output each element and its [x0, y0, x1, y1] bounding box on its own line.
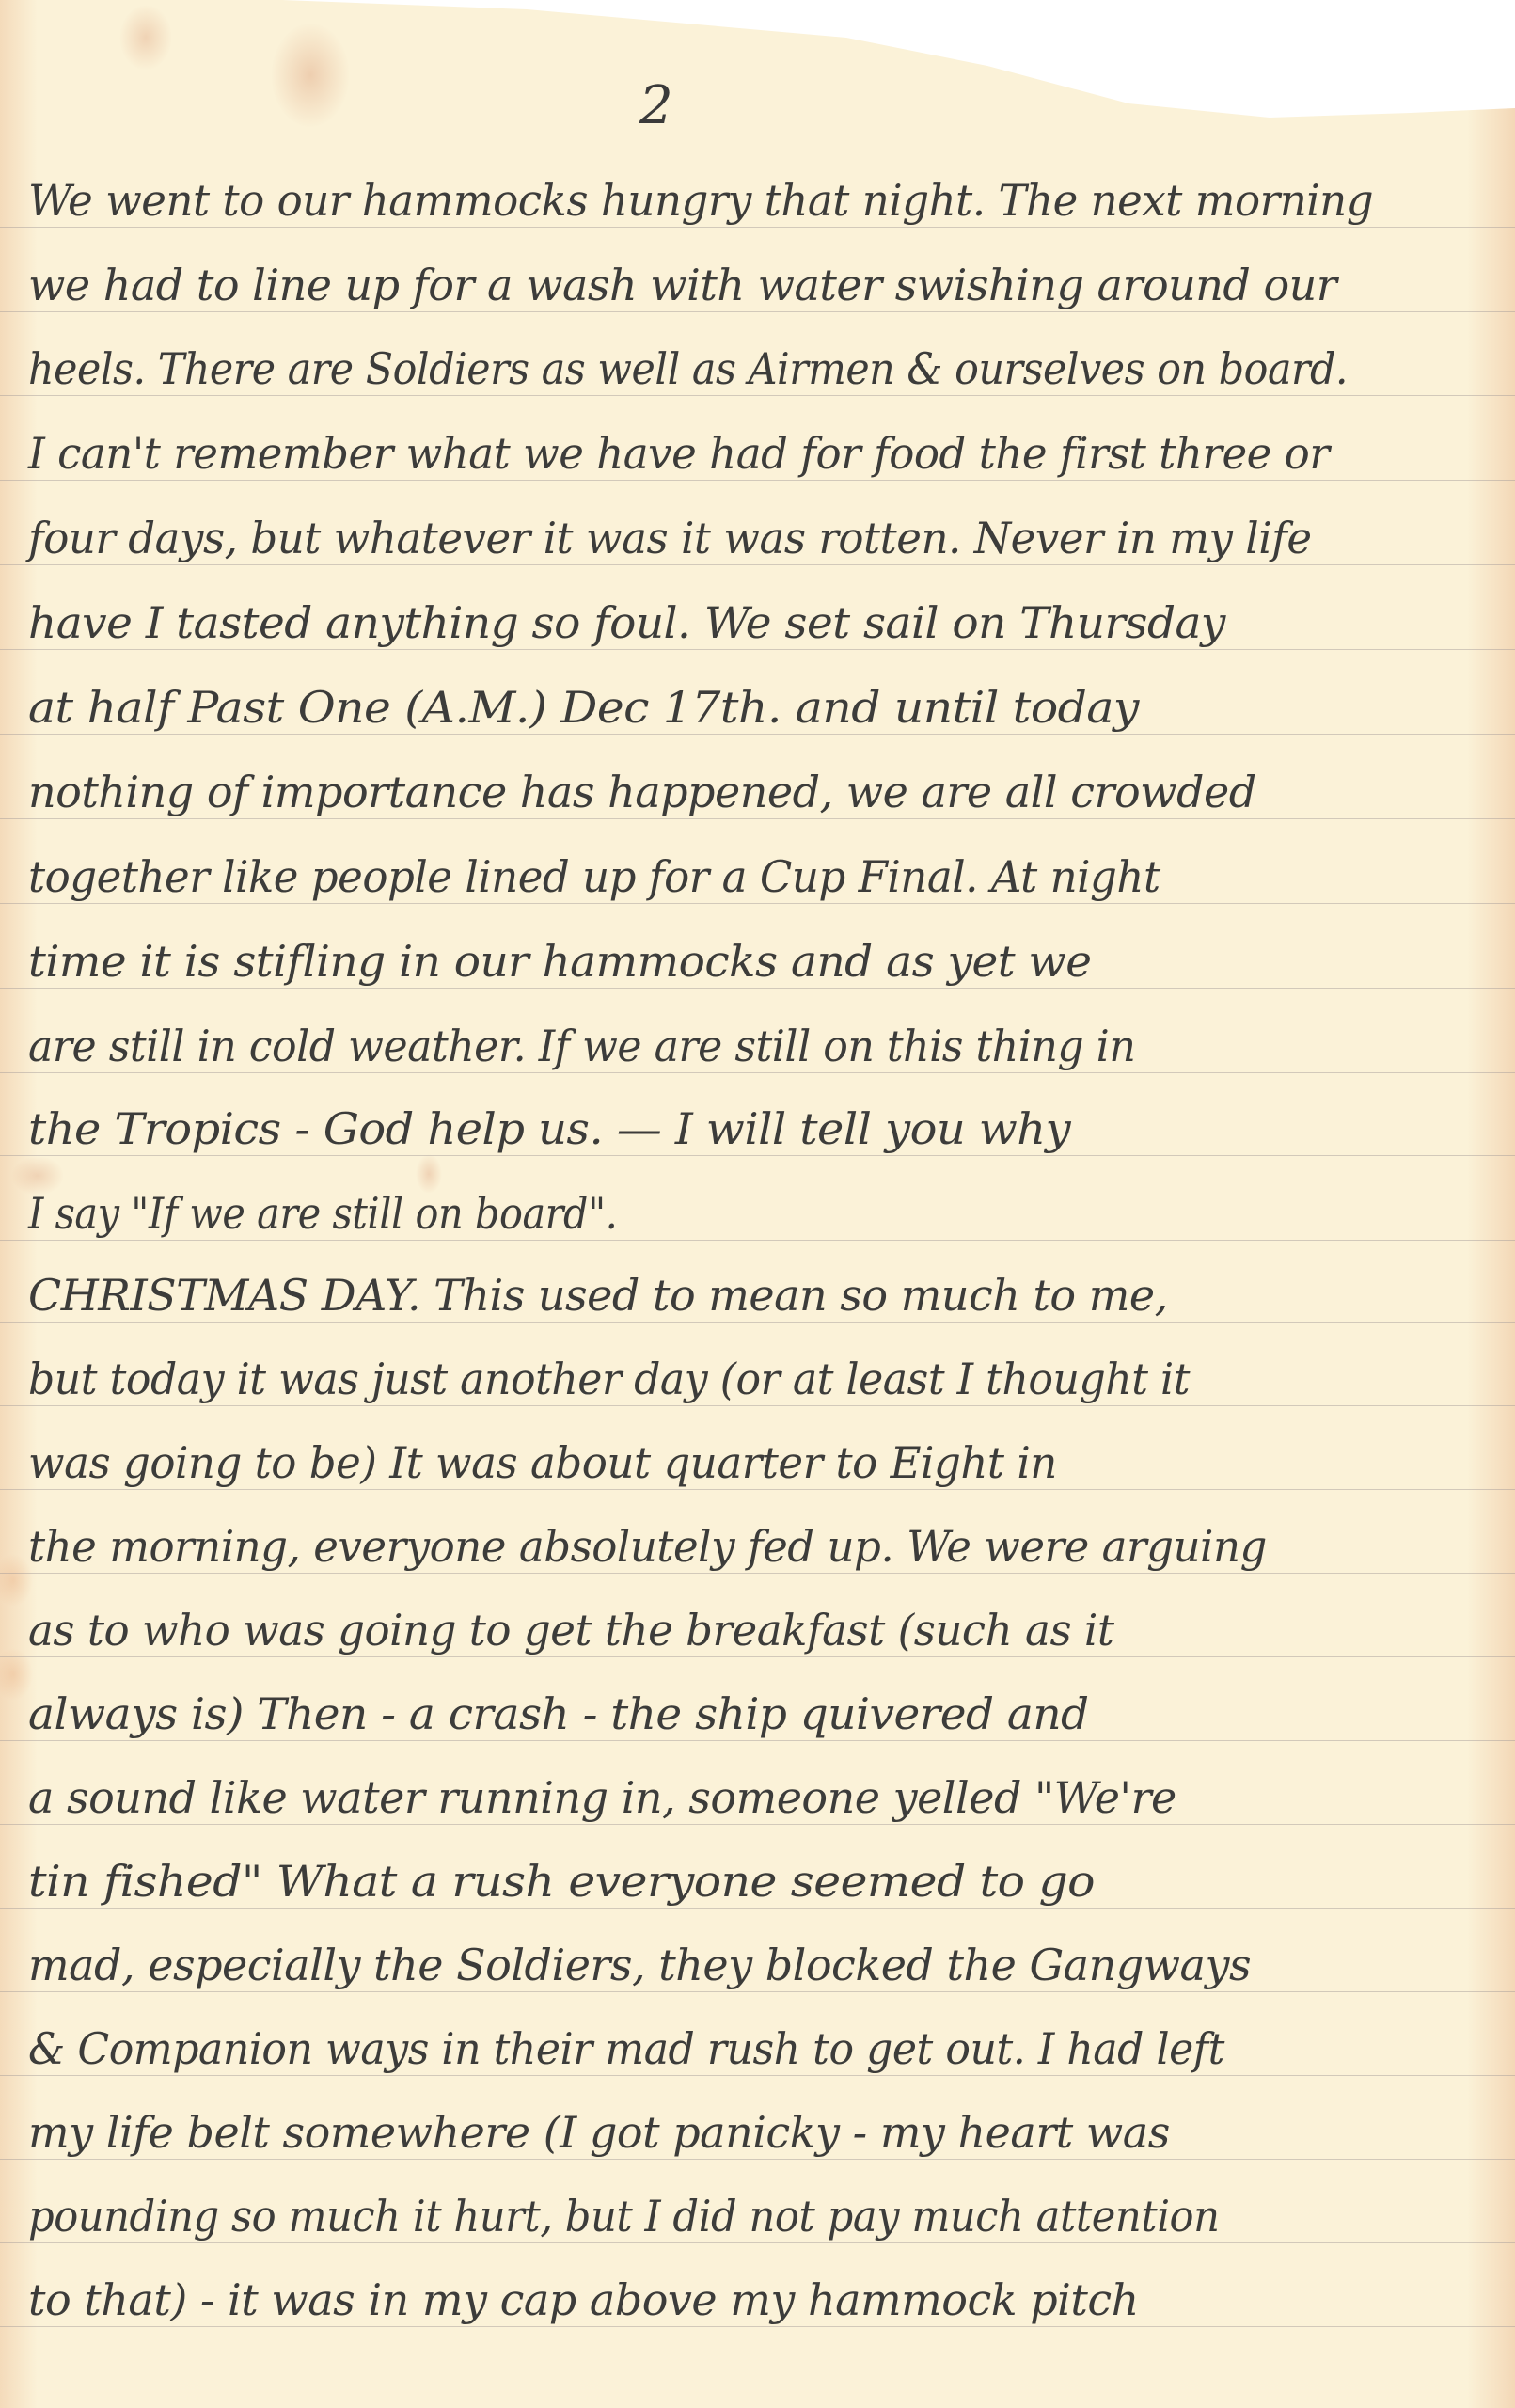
- text-line: to that) - it was in my cap above my ham…: [28, 2272, 1495, 2328]
- christmas-day-heading-line: CHRISTMAS DAY. This used to mean so much…: [28, 1267, 1495, 1323]
- text-line: tin fished" What a rush everyone seemed …: [28, 1853, 1515, 1909]
- text-line: the morning, everyone absolutely fed up.…: [28, 1518, 1466, 1575]
- text-line: have I tasted anything so foul. We set s…: [28, 594, 1515, 651]
- text-line: the Tropics - God help us. — I will tell…: [28, 1101, 1515, 1157]
- text-line: are still in cold weather. If we are sti…: [28, 1018, 1437, 1074]
- text-line: mad, especially the Soldiers, they block…: [28, 1937, 1495, 1993]
- text-line: as to who was going to get the breakfast…: [28, 1602, 1466, 1658]
- text-line: together like people lined up for a Cup …: [28, 848, 1466, 905]
- text-line: nothing of importance has happened, we a…: [28, 764, 1495, 820]
- text-line: was going to be) It was about quarter to…: [28, 1434, 1466, 1491]
- text-line: I say "If we are still on board".: [28, 1185, 1349, 1242]
- page-number: 2: [639, 75, 673, 136]
- text-line: I can't remember what we have had for fo…: [28, 425, 1466, 482]
- text-line: & Companion ways in their mad rush to ge…: [28, 2020, 1437, 2077]
- text-line: always is) Then - a crash - the ship qui…: [28, 1686, 1515, 1742]
- text-line: but today it was just another day (or at…: [28, 1351, 1437, 1407]
- text-line: four days, but whatever it was it was ro…: [28, 510, 1466, 566]
- text-line: heels. There are Soldiers as well as Air…: [28, 341, 1393, 397]
- text-line: We went to our hammocks hungry that nigh…: [28, 172, 1466, 229]
- text-line: time it is stifling in our hammocks and …: [28, 933, 1515, 990]
- text-line: we had to line up for a wash with water …: [28, 257, 1495, 313]
- text-line: pounding so much it hurt, but I did not …: [28, 2188, 1407, 2244]
- text-line: a sound like water running in, someone y…: [28, 1769, 1495, 1826]
- text-line: my life belt somewhere (I got panicky - …: [28, 2104, 1495, 2161]
- text-line: at half Past One (A.M.) Dec 17th. and un…: [28, 679, 1515, 736]
